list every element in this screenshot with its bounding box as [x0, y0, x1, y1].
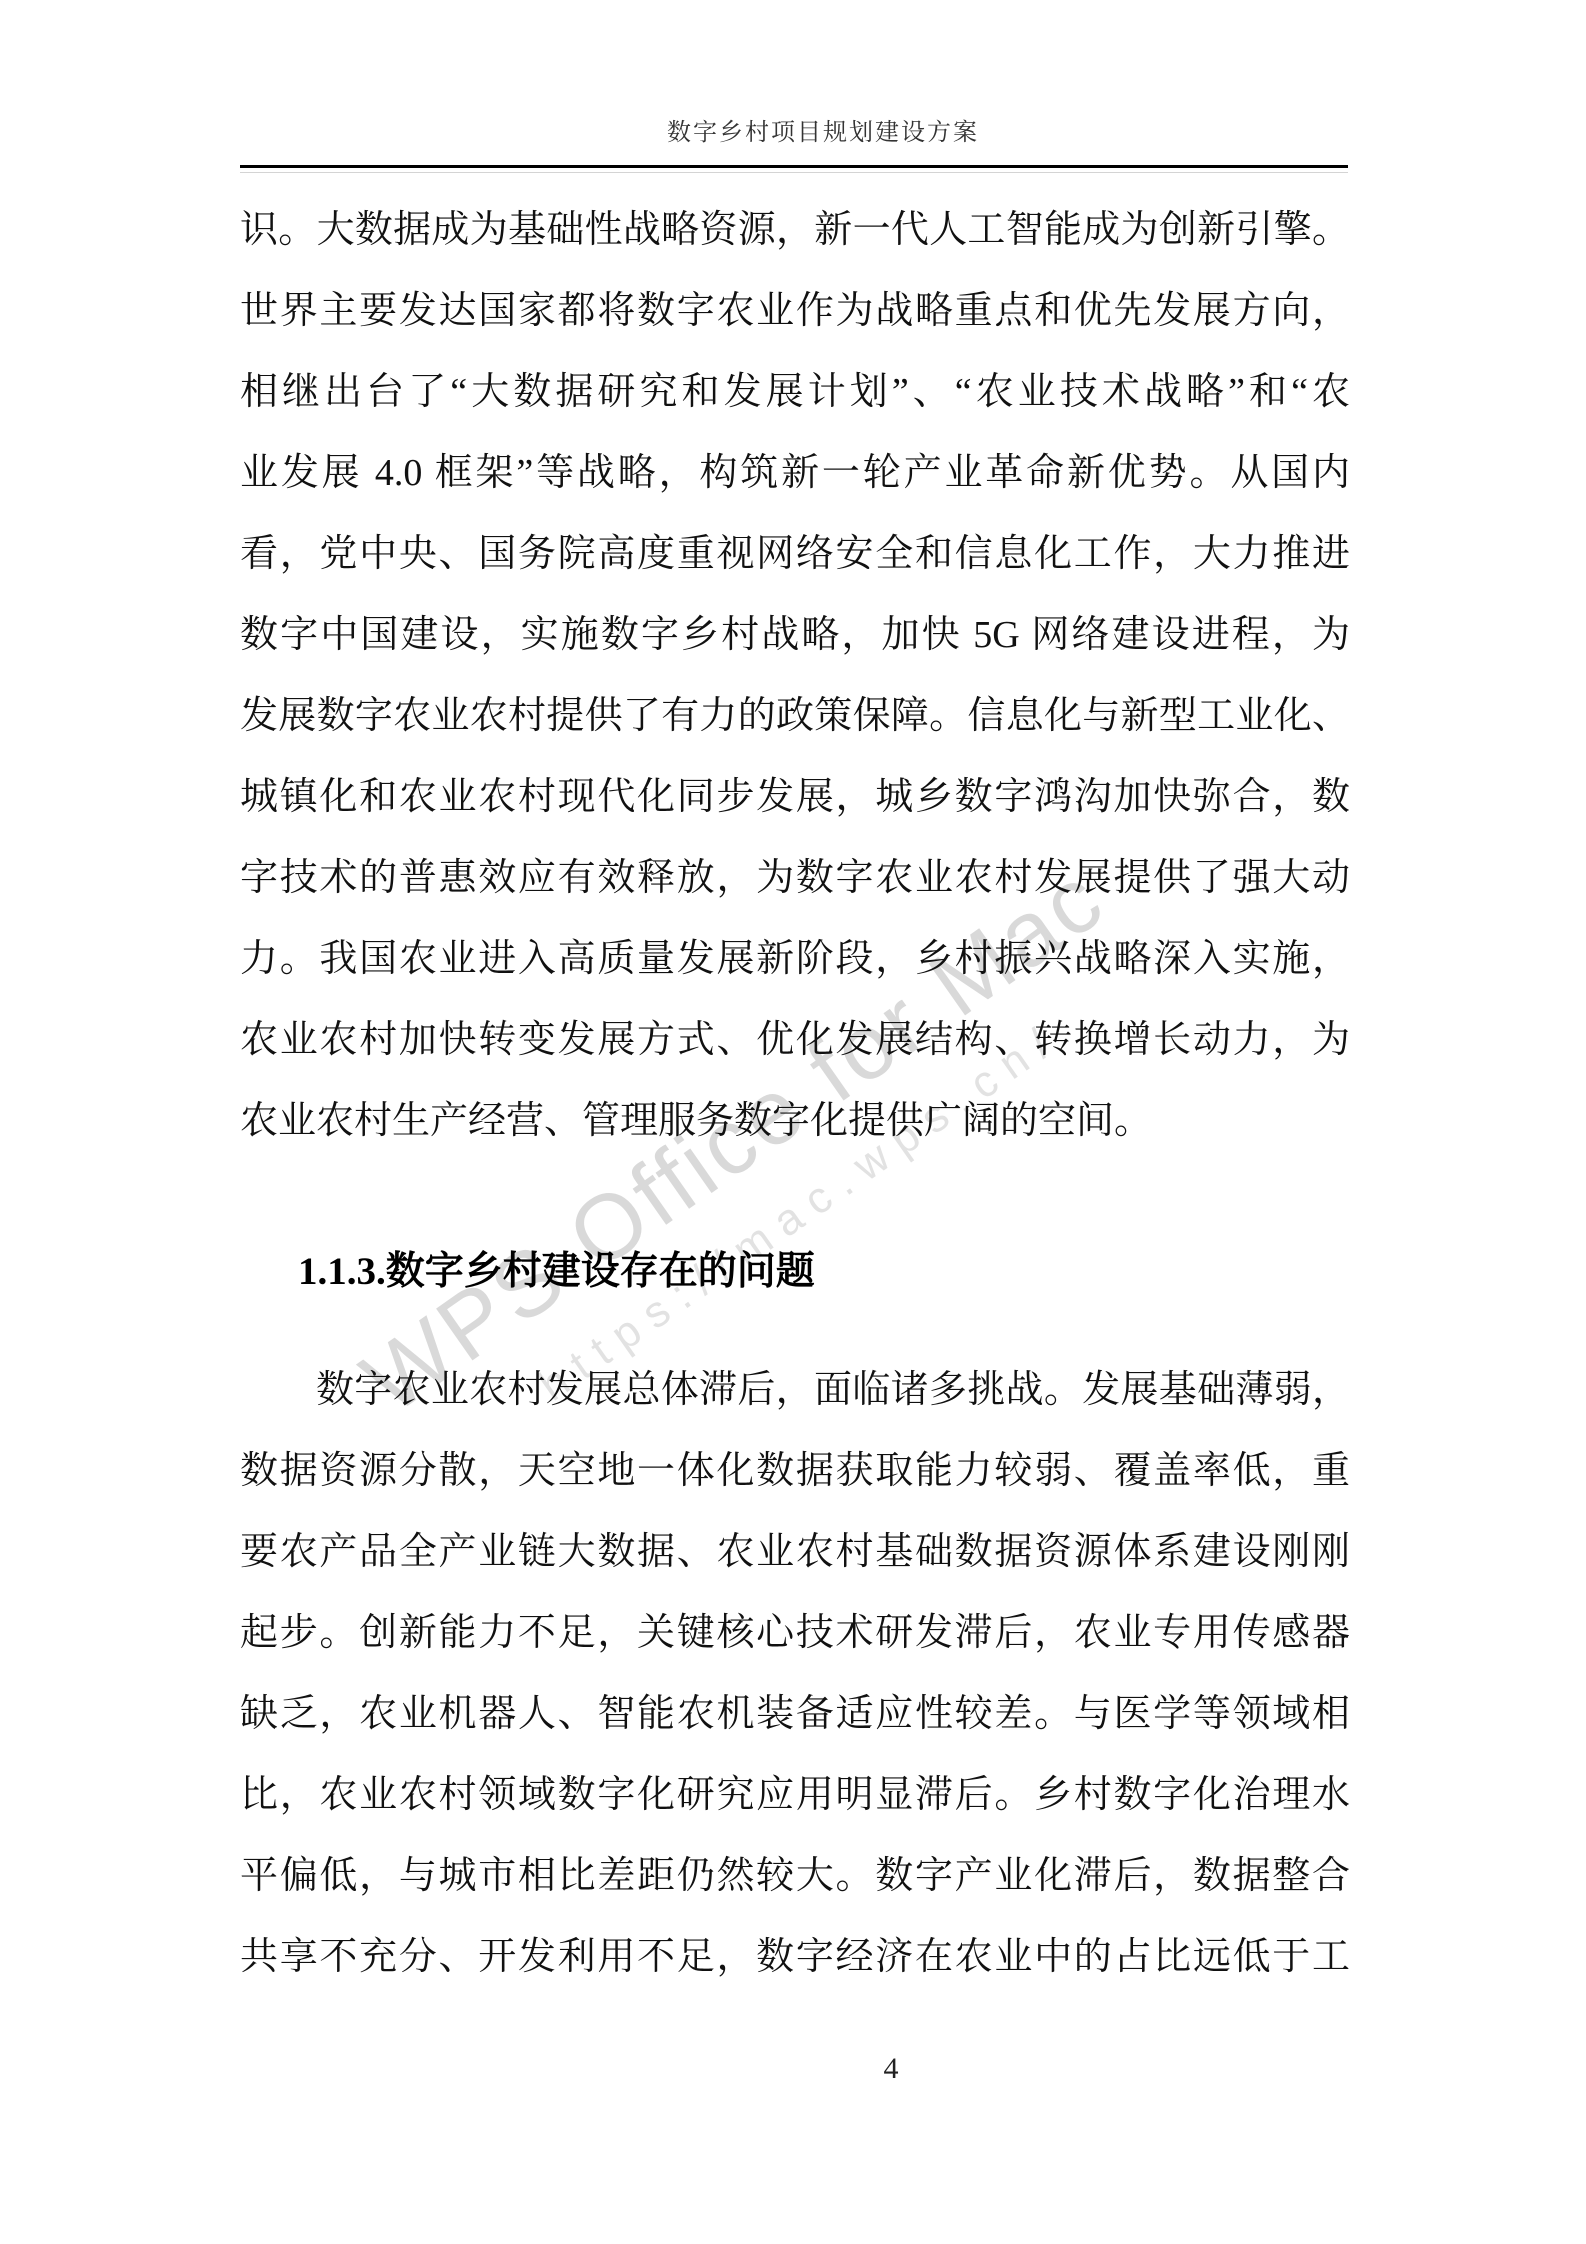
body-line: 农业农村加快转变发展方式、优化发展结构、转换增长动力，为: [240, 1000, 1350, 1081]
body-line: 数据资源分散，天空地一体化数据获取能力较弱、覆盖率低，重: [240, 1431, 1350, 1512]
body-line: 城镇化和农业农村现代化同步发展，城乡数字鸿沟加快弥合，数: [240, 757, 1350, 838]
body-line: 业发展 4.0 框架”等战略，构筑新一轮产业革命新优势。从国内: [240, 433, 1350, 514]
body-line: 发展数字农业农村提供了有力的政策保障。信息化与新型工业化、: [240, 676, 1350, 757]
section-heading-1-1-3: 1.1.3.数字乡村建设存在的问题: [240, 1231, 1350, 1312]
header-rule-shadow: [240, 172, 1348, 173]
page-number: 4: [876, 2052, 906, 2086]
header-rule: [240, 165, 1348, 168]
document-body: 识。大数据成为基础性战略资源，新一代人工智能成为创新引擎。 世界主要发达国家都将…: [240, 190, 1350, 1998]
paragraph-1: 识。大数据成为基础性战略资源，新一代人工智能成为创新引擎。 世界主要发达国家都将…: [240, 190, 1350, 1162]
body-line: 要农产品全产业链大数据、农业农村基础数据资源体系建设刚刚: [240, 1512, 1350, 1593]
body-line: 缺乏，农业机器人、智能农机装备适应性较差。与医学等领域相: [240, 1674, 1350, 1755]
body-line: 数字中国建设，实施数字乡村战略，加快 5G 网络建设进程，为: [240, 595, 1350, 676]
body-line: 比，农业农村领域数字化研究应用明显滞后。乡村数字化治理水: [240, 1755, 1350, 1836]
body-line: 共享不充分、开发利用不足，数字经济在农业中的占比远低于工: [240, 1917, 1350, 1998]
body-line: 农业农村生产经营、管理服务数字化提供广阔的空间。: [240, 1081, 1350, 1162]
body-line: 数字农业农村发展总体滞后，面临诸多挑战。发展基础薄弱，: [240, 1350, 1350, 1431]
body-line: 力。我国农业进入高质量发展新阶段，乡村振兴战略深入实施，: [240, 919, 1350, 1000]
body-line: 平偏低，与城市相比差距仍然较大。数字产业化滞后，数据整合: [240, 1836, 1350, 1917]
body-line: 相继出台了“大数据研究和发展计划”、“农业技术战略”和“农: [240, 352, 1350, 433]
body-line: 看，党中央、国务院高度重视网络安全和信息化工作，大力推进: [240, 514, 1350, 595]
header-title: 数字乡村项目规划建设方案: [60, 112, 1586, 147]
body-line: 起步。创新能力不足，关键核心技术研发滞后，农业专用传感器: [240, 1593, 1350, 1674]
body-line: 识。大数据成为基础性战略资源，新一代人工智能成为创新引擎。: [240, 190, 1350, 271]
body-line: 世界主要发达国家都将数字农业作为战略重点和优先发展方向，: [240, 271, 1350, 352]
document-page: WPS Office for Mac https://mac.wps.cn/ 数…: [0, 0, 1586, 2244]
body-line: 字技术的普惠效应有效释放，为数字农业农村发展提供了强大动: [240, 838, 1350, 919]
paragraph-2: 数字农业农村发展总体滞后，面临诸多挑战。发展基础薄弱， 数据资源分散，天空地一体…: [240, 1350, 1350, 1998]
